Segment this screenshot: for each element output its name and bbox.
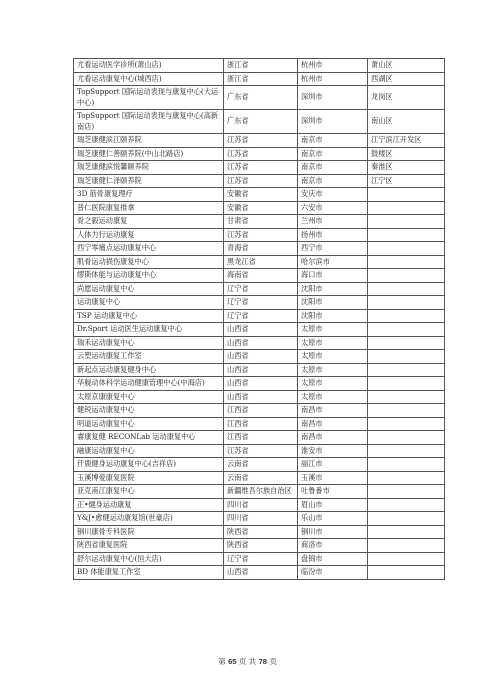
cell-district: 龙岗区 [368, 86, 445, 110]
cell-district [368, 525, 445, 539]
cell-district [368, 552, 445, 566]
cell-province: 广东省 [224, 110, 298, 134]
table-row: 云塑运动康复工作室山西省太原市 [74, 350, 445, 364]
cell-district [368, 188, 445, 202]
cell-city: 南京市 [298, 161, 368, 175]
table-row: 融康运动康复中心江苏省淮安市 [74, 444, 445, 458]
table-row: 瑞芝康健仁泽颐养院江苏省南京市江宁区 [74, 174, 445, 188]
cell-name: TopSupport 国际运动表现与康复中心(大运中心) [74, 86, 224, 110]
cell-province: 辽宁省 [224, 552, 298, 566]
table-row: 陕西省康复医院陕西省商洛市 [74, 539, 445, 553]
table-row: 明道运动康复中心江西省南昌市 [74, 417, 445, 431]
cell-district [368, 458, 445, 472]
cell-name: 铜川康骨专科医院 [74, 525, 224, 539]
cell-district [368, 498, 445, 512]
cell-city: 太原市 [298, 377, 368, 391]
cell-city: 乐山市 [298, 512, 368, 526]
cell-province: 云南省 [224, 458, 298, 472]
table-row: 缪斯体能与运动康复中心海南省海口市 [74, 269, 445, 283]
cell-province: 广东省 [224, 86, 298, 110]
cell-province: 山西省 [224, 377, 298, 391]
cell-province: 浙江省 [224, 72, 298, 86]
cell-district [368, 242, 445, 256]
current-page-number: 65 [228, 657, 236, 666]
table-row: 健锐运动康复中心江西省南昌市 [74, 404, 445, 418]
cell-name: 正•健身运动康复 [74, 498, 224, 512]
cell-province: 浙江省 [224, 59, 298, 73]
cell-name: BD 体能康复工作室 [74, 566, 224, 580]
cell-city: 杭州市 [298, 72, 368, 86]
cell-province: 山西省 [224, 363, 298, 377]
cell-district [368, 539, 445, 553]
cell-district [368, 566, 445, 580]
cell-name: 融康运动康复中心 [74, 444, 224, 458]
cell-city: 太原市 [298, 363, 368, 377]
footer-suffix: 页 [269, 657, 277, 666]
cell-city: 淮安市 [298, 444, 368, 458]
cell-district: 鼓楼区 [368, 147, 445, 161]
cell-city: 盘锦市 [298, 552, 368, 566]
cell-city: 海口市 [298, 269, 368, 283]
table-row: 尚愿运动康复中心辽宁省沈阳市 [74, 282, 445, 296]
cell-name: 西宁零痛点运动康复中心 [74, 242, 224, 256]
table-row: 瑞芝康健仁善颐养院(中山北路店)江苏省南京市鼓楼区 [74, 147, 445, 161]
cell-district [368, 309, 445, 323]
cell-city: 太原市 [298, 336, 368, 350]
cell-name: 瑞芝康健滨江颐养院 [74, 134, 224, 148]
cell-city: 铜川市 [298, 525, 368, 539]
cell-name: 健锐运动康复中心 [74, 404, 224, 418]
cell-district [368, 417, 445, 431]
cell-province: 青海省 [224, 242, 298, 256]
cell-province: 山西省 [224, 323, 298, 337]
cell-name: TopSupport 国际运动表现与康复中心(高新南店) [74, 110, 224, 134]
table-row: 睿康复健 RECONLab 运动康复中心江西省南昌市 [74, 431, 445, 445]
cell-district [368, 323, 445, 337]
table-row: TSP 运动康复中心辽宁省沈阳市 [74, 309, 445, 323]
cell-district [368, 228, 445, 242]
cell-name: 瑞芝康健仁善颐养院(中山北路店) [74, 147, 224, 161]
cell-province: 江西省 [224, 404, 298, 418]
cell-name: 骨之毅运动康复 [74, 215, 224, 229]
table-row: Dr.Sport 运动医生运动康复中心山西省太原市 [74, 323, 445, 337]
cell-name: 陕西省康复医院 [74, 539, 224, 553]
cell-district: 秦淮区 [368, 161, 445, 175]
cell-city: 沈阳市 [298, 296, 368, 310]
cell-name: 尤看运动医学诊所(萧山店) [74, 59, 224, 73]
cell-name: 亚克甫江康复中心 [74, 485, 224, 499]
cell-province: 四川省 [224, 498, 298, 512]
cell-city: 吐鲁番市 [298, 485, 368, 499]
table-row: 肌骨运动损伤康复中心黑龙江省哈尔滨市 [74, 255, 445, 269]
cell-district: 江宁区 [368, 174, 445, 188]
cell-city: 太原市 [298, 323, 368, 337]
table-row: 仟鹿健身运动康复中心(吉祥店)云南省丽江市 [74, 458, 445, 472]
cell-district [368, 404, 445, 418]
cell-name: Y&J•愈健运动康复馆(世豪店) [74, 512, 224, 526]
cell-city: 哈尔滨市 [298, 255, 368, 269]
cell-name: 瑞芝康健仁泽颐养院 [74, 174, 224, 188]
cell-name: Dr.Sport 运动医生运动康复中心 [74, 323, 224, 337]
cell-district [368, 471, 445, 485]
cell-name: 3D 筋骨康复理疗 [74, 188, 224, 202]
cell-name: 明道运动康复中心 [74, 417, 224, 431]
cell-city: 丽江市 [298, 458, 368, 472]
cell-city: 南昌市 [298, 404, 368, 418]
cell-district [368, 269, 445, 283]
cell-district [368, 431, 445, 445]
table-row: 骨之毅运动康复甘肃省兰州市 [74, 215, 445, 229]
cell-province: 海南省 [224, 269, 298, 283]
cell-city: 南昌市 [298, 431, 368, 445]
cell-province: 江苏省 [224, 161, 298, 175]
cell-city: 太原市 [298, 390, 368, 404]
cell-city: 西宁市 [298, 242, 368, 256]
cell-district [368, 296, 445, 310]
cell-city: 南京市 [298, 134, 368, 148]
cell-name: 运动康复中心 [74, 296, 224, 310]
cell-city: 安庆市 [298, 188, 368, 202]
cell-province: 新疆维吾尔族自治区 [224, 485, 298, 499]
cell-city: 六安市 [298, 201, 368, 215]
cell-name: 人体力行运动康复 [74, 228, 224, 242]
cell-district [368, 485, 445, 499]
cell-province: 陕西省 [224, 539, 298, 553]
cell-name: 瑞禾运动康复中心 [74, 336, 224, 350]
cell-province: 安徽省 [224, 201, 298, 215]
table-row: 新起点运动康复健身中心山西省太原市 [74, 363, 445, 377]
cell-city: 临汾市 [298, 566, 368, 580]
cell-name: 普仁医院康复推拿 [74, 201, 224, 215]
cell-province: 辽宁省 [224, 309, 298, 323]
cell-city: 南昌市 [298, 417, 368, 431]
table-row: 3D 筋骨康复理疗安徽省安庆市 [74, 188, 445, 202]
cell-district [368, 444, 445, 458]
table-row: 瑞禾运动康复中心山西省太原市 [74, 336, 445, 350]
table-row: 运动康复中心辽宁省沈阳市 [74, 296, 445, 310]
cell-city: 玉溪市 [298, 471, 368, 485]
cell-province: 辽宁省 [224, 282, 298, 296]
total-page-number: 78 [259, 657, 267, 666]
page-footer: 第 65 页 共 78 页 [0, 656, 495, 667]
cell-name: 仟鹿健身运动康复中心(吉祥店) [74, 458, 224, 472]
cell-province: 四川省 [224, 512, 298, 526]
cell-name: 睿康复健 RECONLab 运动康复中心 [74, 431, 224, 445]
table-row: 华舰动体科学运动健康管理中心(中海店)山西省太原市 [74, 377, 445, 391]
cell-name: 缪斯体能与运动康复中心 [74, 269, 224, 283]
cell-name: 新起点运动康复健身中心 [74, 363, 224, 377]
cell-name: TSP 运动康复中心 [74, 309, 224, 323]
document-page: 尤看运动医学诊所(萧山店)浙江省杭州市萧山区尤看运动康复中心(城西店)浙江省杭州… [0, 0, 495, 700]
table-row: 瑞芝康健滨江颐养院江苏省南京市江宁滨江开发区 [74, 134, 445, 148]
cell-district: 江宁滨江开发区 [368, 134, 445, 148]
cell-name: 玉溪博爱康复医院 [74, 471, 224, 485]
table-row: BD 体能康复工作室山西省临汾市 [74, 566, 445, 580]
cell-name: 尚愿运动康复中心 [74, 282, 224, 296]
table-row: TopSupport 国际运动表现与康复中心(高新南店)广东省深圳市南山区 [74, 110, 445, 134]
cell-province: 江苏省 [224, 174, 298, 188]
cell-city: 商洛市 [298, 539, 368, 553]
cell-province: 江苏省 [224, 134, 298, 148]
cell-province: 山西省 [224, 336, 298, 350]
cell-province: 山西省 [224, 566, 298, 580]
cell-district: 萧山区 [368, 59, 445, 73]
cell-province: 江苏省 [224, 147, 298, 161]
cell-name: 云塑运动康复工作室 [74, 350, 224, 364]
cell-name: 瑞芝康健滨悦馨颐养院 [74, 161, 224, 175]
cell-province: 甘肃省 [224, 215, 298, 229]
cell-province: 云南省 [224, 471, 298, 485]
cell-city: 兰州市 [298, 215, 368, 229]
table-row: 铜川康骨专科医院陕西省铜川市 [74, 525, 445, 539]
cell-province: 山西省 [224, 390, 298, 404]
table-row: 尤看运动医学诊所(萧山店)浙江省杭州市萧山区 [74, 59, 445, 73]
cell-district [368, 363, 445, 377]
cell-city: 沈阳市 [298, 309, 368, 323]
table-row: 西宁零痛点运动康复中心青海省西宁市 [74, 242, 445, 256]
table-row: 尤看运动康复中心(城西店)浙江省杭州市西湖区 [74, 72, 445, 86]
cell-district [368, 215, 445, 229]
table-row: 普仁医院康复推拿安徽省六安市 [74, 201, 445, 215]
cell-name: 肌骨运动损伤康复中心 [74, 255, 224, 269]
cell-province: 辽宁省 [224, 296, 298, 310]
table-row: Y&J•愈健运动康复馆(世豪店)四川省乐山市 [74, 512, 445, 526]
cell-district [368, 282, 445, 296]
cell-province: 黑龙江省 [224, 255, 298, 269]
cell-city: 南京市 [298, 174, 368, 188]
cell-city: 眉山市 [298, 498, 368, 512]
cell-city: 南京市 [298, 147, 368, 161]
cell-city: 沈阳市 [298, 282, 368, 296]
cell-district [368, 255, 445, 269]
cell-city: 深圳市 [298, 86, 368, 110]
cell-district [368, 350, 445, 364]
cell-name: 舒尔运动康复中心(恒大店) [74, 552, 224, 566]
cell-province: 江苏省 [224, 444, 298, 458]
footer-middle: 页 共 [239, 657, 256, 666]
table-row: 人体力行运动康复江苏省扬州市 [74, 228, 445, 242]
cell-city: 扬州市 [298, 228, 368, 242]
footer-prefix: 第 [218, 657, 226, 666]
cell-province: 安徽省 [224, 188, 298, 202]
table-row: 瑞芝康健滨悦馨颐养院江苏省南京市秦淮区 [74, 161, 445, 175]
cell-district [368, 512, 445, 526]
table-row: 太原京康康复中心山西省太原市 [74, 390, 445, 404]
cell-province: 江西省 [224, 417, 298, 431]
cell-province: 江苏省 [224, 228, 298, 242]
cell-name: 尤看运动康复中心(城西店) [74, 72, 224, 86]
cell-district [368, 377, 445, 391]
cell-province: 江西省 [224, 431, 298, 445]
cell-city: 太原市 [298, 350, 368, 364]
cell-name: 太原京康康复中心 [74, 390, 224, 404]
cell-province: 山西省 [224, 350, 298, 364]
table-row: 玉溪博爱康复医院云南省玉溪市 [74, 471, 445, 485]
table-row: TopSupport 国际运动表现与康复中心(大运中心)广东省深圳市龙岗区 [74, 86, 445, 110]
cell-name: 华舰动体科学运动健康管理中心(中海店) [74, 377, 224, 391]
cell-province: 陕西省 [224, 525, 298, 539]
cell-district [368, 201, 445, 215]
cell-district [368, 390, 445, 404]
table-row: 舒尔运动康复中心(恒大店)辽宁省盘锦市 [74, 552, 445, 566]
cell-district: 南山区 [368, 110, 445, 134]
cell-city: 深圳市 [298, 110, 368, 134]
table-row: 正•健身运动康复四川省眉山市 [74, 498, 445, 512]
table-row: 亚克甫江康复中心新疆维吾尔族自治区吐鲁番市 [74, 485, 445, 499]
cell-city: 杭州市 [298, 59, 368, 73]
cell-district [368, 336, 445, 350]
rehab-center-table: 尤看运动医学诊所(萧山店)浙江省杭州市萧山区尤看运动康复中心(城西店)浙江省杭州… [73, 58, 445, 580]
cell-district: 西湖区 [368, 72, 445, 86]
